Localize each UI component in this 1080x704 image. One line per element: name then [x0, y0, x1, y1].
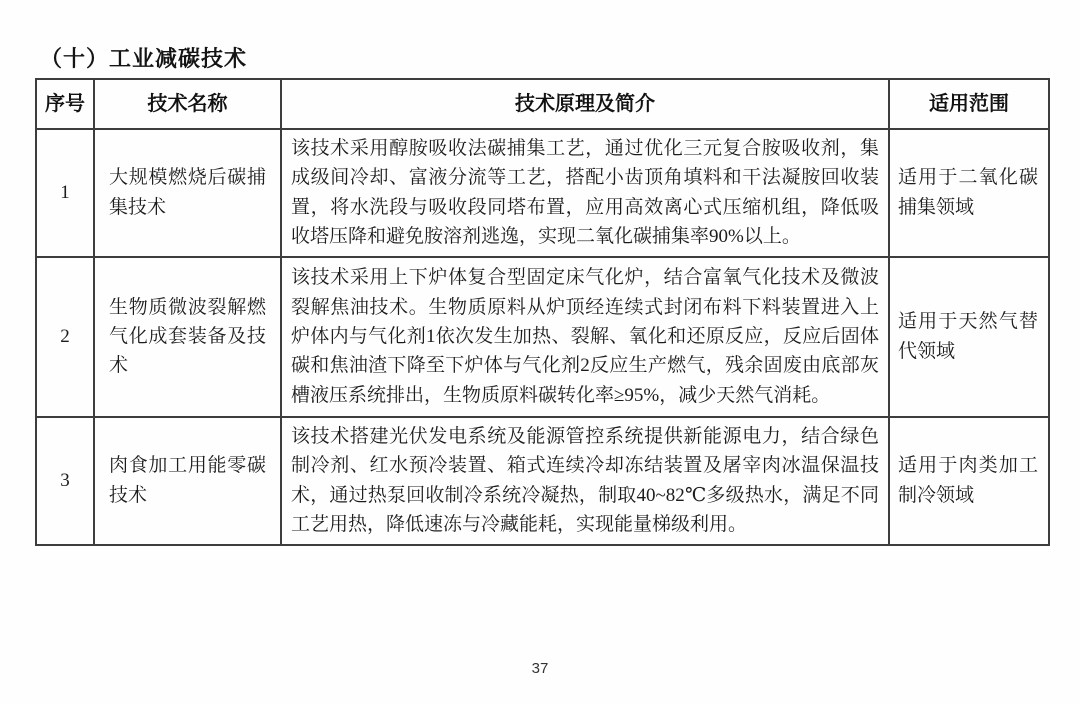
document-page: （十）工业减碳技术 序号 技术名称 技术原理及简介 适用范围 1 大规模燃烧后碳…	[0, 0, 1080, 704]
cell-technology-name: 生物质微波裂解燃气化成套装备及技术	[94, 257, 281, 417]
cell-scope: 适用于天然气替代领域	[889, 257, 1049, 417]
cell-description: 该技术采用上下炉体复合型固定床气化炉，结合富氧气化技术及微波裂解焦油技术。生物质…	[281, 257, 889, 417]
cell-description: 该技术采用醇胺吸收法碳捕集工艺，通过优化三元复合胺吸收剂，集成级间冷却、富液分流…	[281, 129, 889, 257]
section-title: （十）工业减碳技术	[40, 42, 247, 73]
table-row: 1 大规模燃烧后碳捕集技术 该技术采用醇胺吸收法碳捕集工艺，通过优化三元复合胺吸…	[36, 129, 1049, 257]
header-principle-intro: 技术原理及简介	[281, 79, 889, 129]
technology-table: 序号 技术名称 技术原理及简介 适用范围 1 大规模燃烧后碳捕集技术 该技术采用…	[35, 78, 1050, 546]
header-serial-number: 序号	[36, 79, 94, 129]
table-row: 2 生物质微波裂解燃气化成套装备及技术 该技术采用上下炉体复合型固定床气化炉，结…	[36, 257, 1049, 417]
cell-scope: 适用于二氧化碳捕集领域	[889, 129, 1049, 257]
header-applicable-scope: 适用范围	[889, 79, 1049, 129]
cell-description: 该技术搭建光伏发电系统及能源管控系统提供新能源电力，结合绿色制冷剂、红水预冷装置…	[281, 417, 889, 545]
cell-serial-number: 2	[36, 257, 94, 417]
page-number: 37	[0, 660, 1080, 677]
table-header-row: 序号 技术名称 技术原理及简介 适用范围	[36, 79, 1049, 129]
cell-serial-number: 3	[36, 417, 94, 545]
cell-scope: 适用于肉类加工制冷领域	[889, 417, 1049, 545]
cell-technology-name: 肉食加工用能零碳技术	[94, 417, 281, 545]
cell-serial-number: 1	[36, 129, 94, 257]
header-technology-name: 技术名称	[94, 79, 281, 129]
cell-technology-name: 大规模燃烧后碳捕集技术	[94, 129, 281, 257]
table-row: 3 肉食加工用能零碳技术 该技术搭建光伏发电系统及能源管控系统提供新能源电力，结…	[36, 417, 1049, 545]
